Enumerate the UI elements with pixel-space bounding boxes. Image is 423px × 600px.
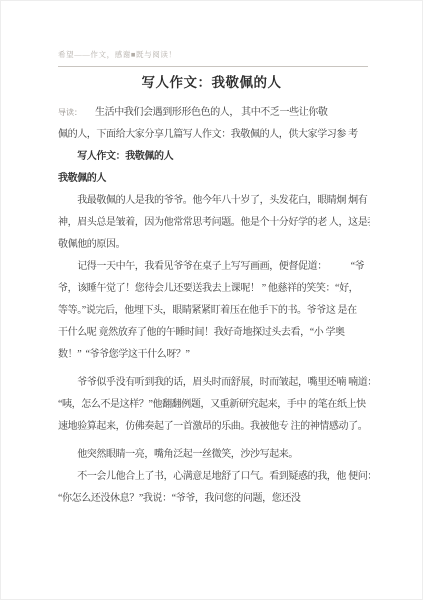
intro-label: 导读： — [58, 108, 82, 117]
text-line: 敬佩他的原因。 — [58, 234, 370, 256]
text-line: 我最敬佩的人是我的爷爷。他今年八十岁了，头发花白，眼睛炯 炯有 — [58, 190, 370, 212]
text-line: 不一会儿他合上了书，心满意足地舒了口气。看到疑惑的我，他 便问： — [58, 466, 370, 488]
text-line: 爷爷似乎没有听到我的话，眉头时而舒展，时而皱起，嘴里还喃 喃道： — [58, 372, 370, 394]
text-line: “咦，怎么不是这样？”他翻翻例题，又重新研究起来，手中 的笔在纸上快 — [58, 394, 370, 416]
header-divider — [58, 66, 368, 67]
text-line: 等等。”说完后，他埋下头，眼睛紧紧盯着压在他手下的书。爷爷这 是在 — [58, 300, 370, 322]
document-body: 导读：生活中我们会遇到形形色色的人， 其中不乏一些让你敬佩的人，下面给大家分享几… — [58, 102, 370, 510]
document-page: 希望——作文，感谢■既与阅读！ 写人作文：我敬佩的人 导读：生活中我们会遇到形形… — [0, 0, 423, 600]
text-line: 写人作文：我敬佩的人 — [58, 146, 370, 168]
text-line: 数！” “爷爷您学这干什么呀？” — [58, 344, 370, 366]
text-line: 我敬佩的人 — [58, 168, 370, 190]
page-title: 写人作文：我敬佩的人 — [1, 71, 422, 91]
text-line: 佩的人，下面给大家分享几篇写人作文：我敬佩的人，供大家学习参 考 — [58, 124, 370, 146]
page-header-note: 希望——作文，感谢■既与阅读！ — [58, 49, 368, 60]
text-line: 速地验算起来，仿佛奏起了一首激昂的乐曲。我被他专 注的神情感动了。 — [58, 416, 370, 438]
text-line: 神，眉头总是皱着，因为他常常思考问题。他是个十分好学的老 人，这是我 — [58, 212, 370, 234]
text-line: 爷，该睡午觉了！您待会儿还要送我去上课呢！ ” 他慈祥的笑笑：“好， — [58, 278, 370, 300]
text-line: 记得一天中午，我看见爷爷在桌子上写写画画，便督促道： “爷 — [58, 256, 370, 278]
text-line: “你怎么还没休息？”我说：“爷爷，我问您的问题，您还没 — [58, 488, 370, 510]
text-line: 干什么呢 竟然放弃了他的午睡时间！我好奇地探过头去看，“小 学奥 — [58, 322, 370, 344]
text-line: 他突然眼睛一亮，嘴角泛起一丝微笑，沙沙写起来。 — [58, 444, 370, 466]
text-line: 导读：生活中我们会遇到形形色色的人， 其中不乏一些让你敬 — [58, 102, 370, 124]
